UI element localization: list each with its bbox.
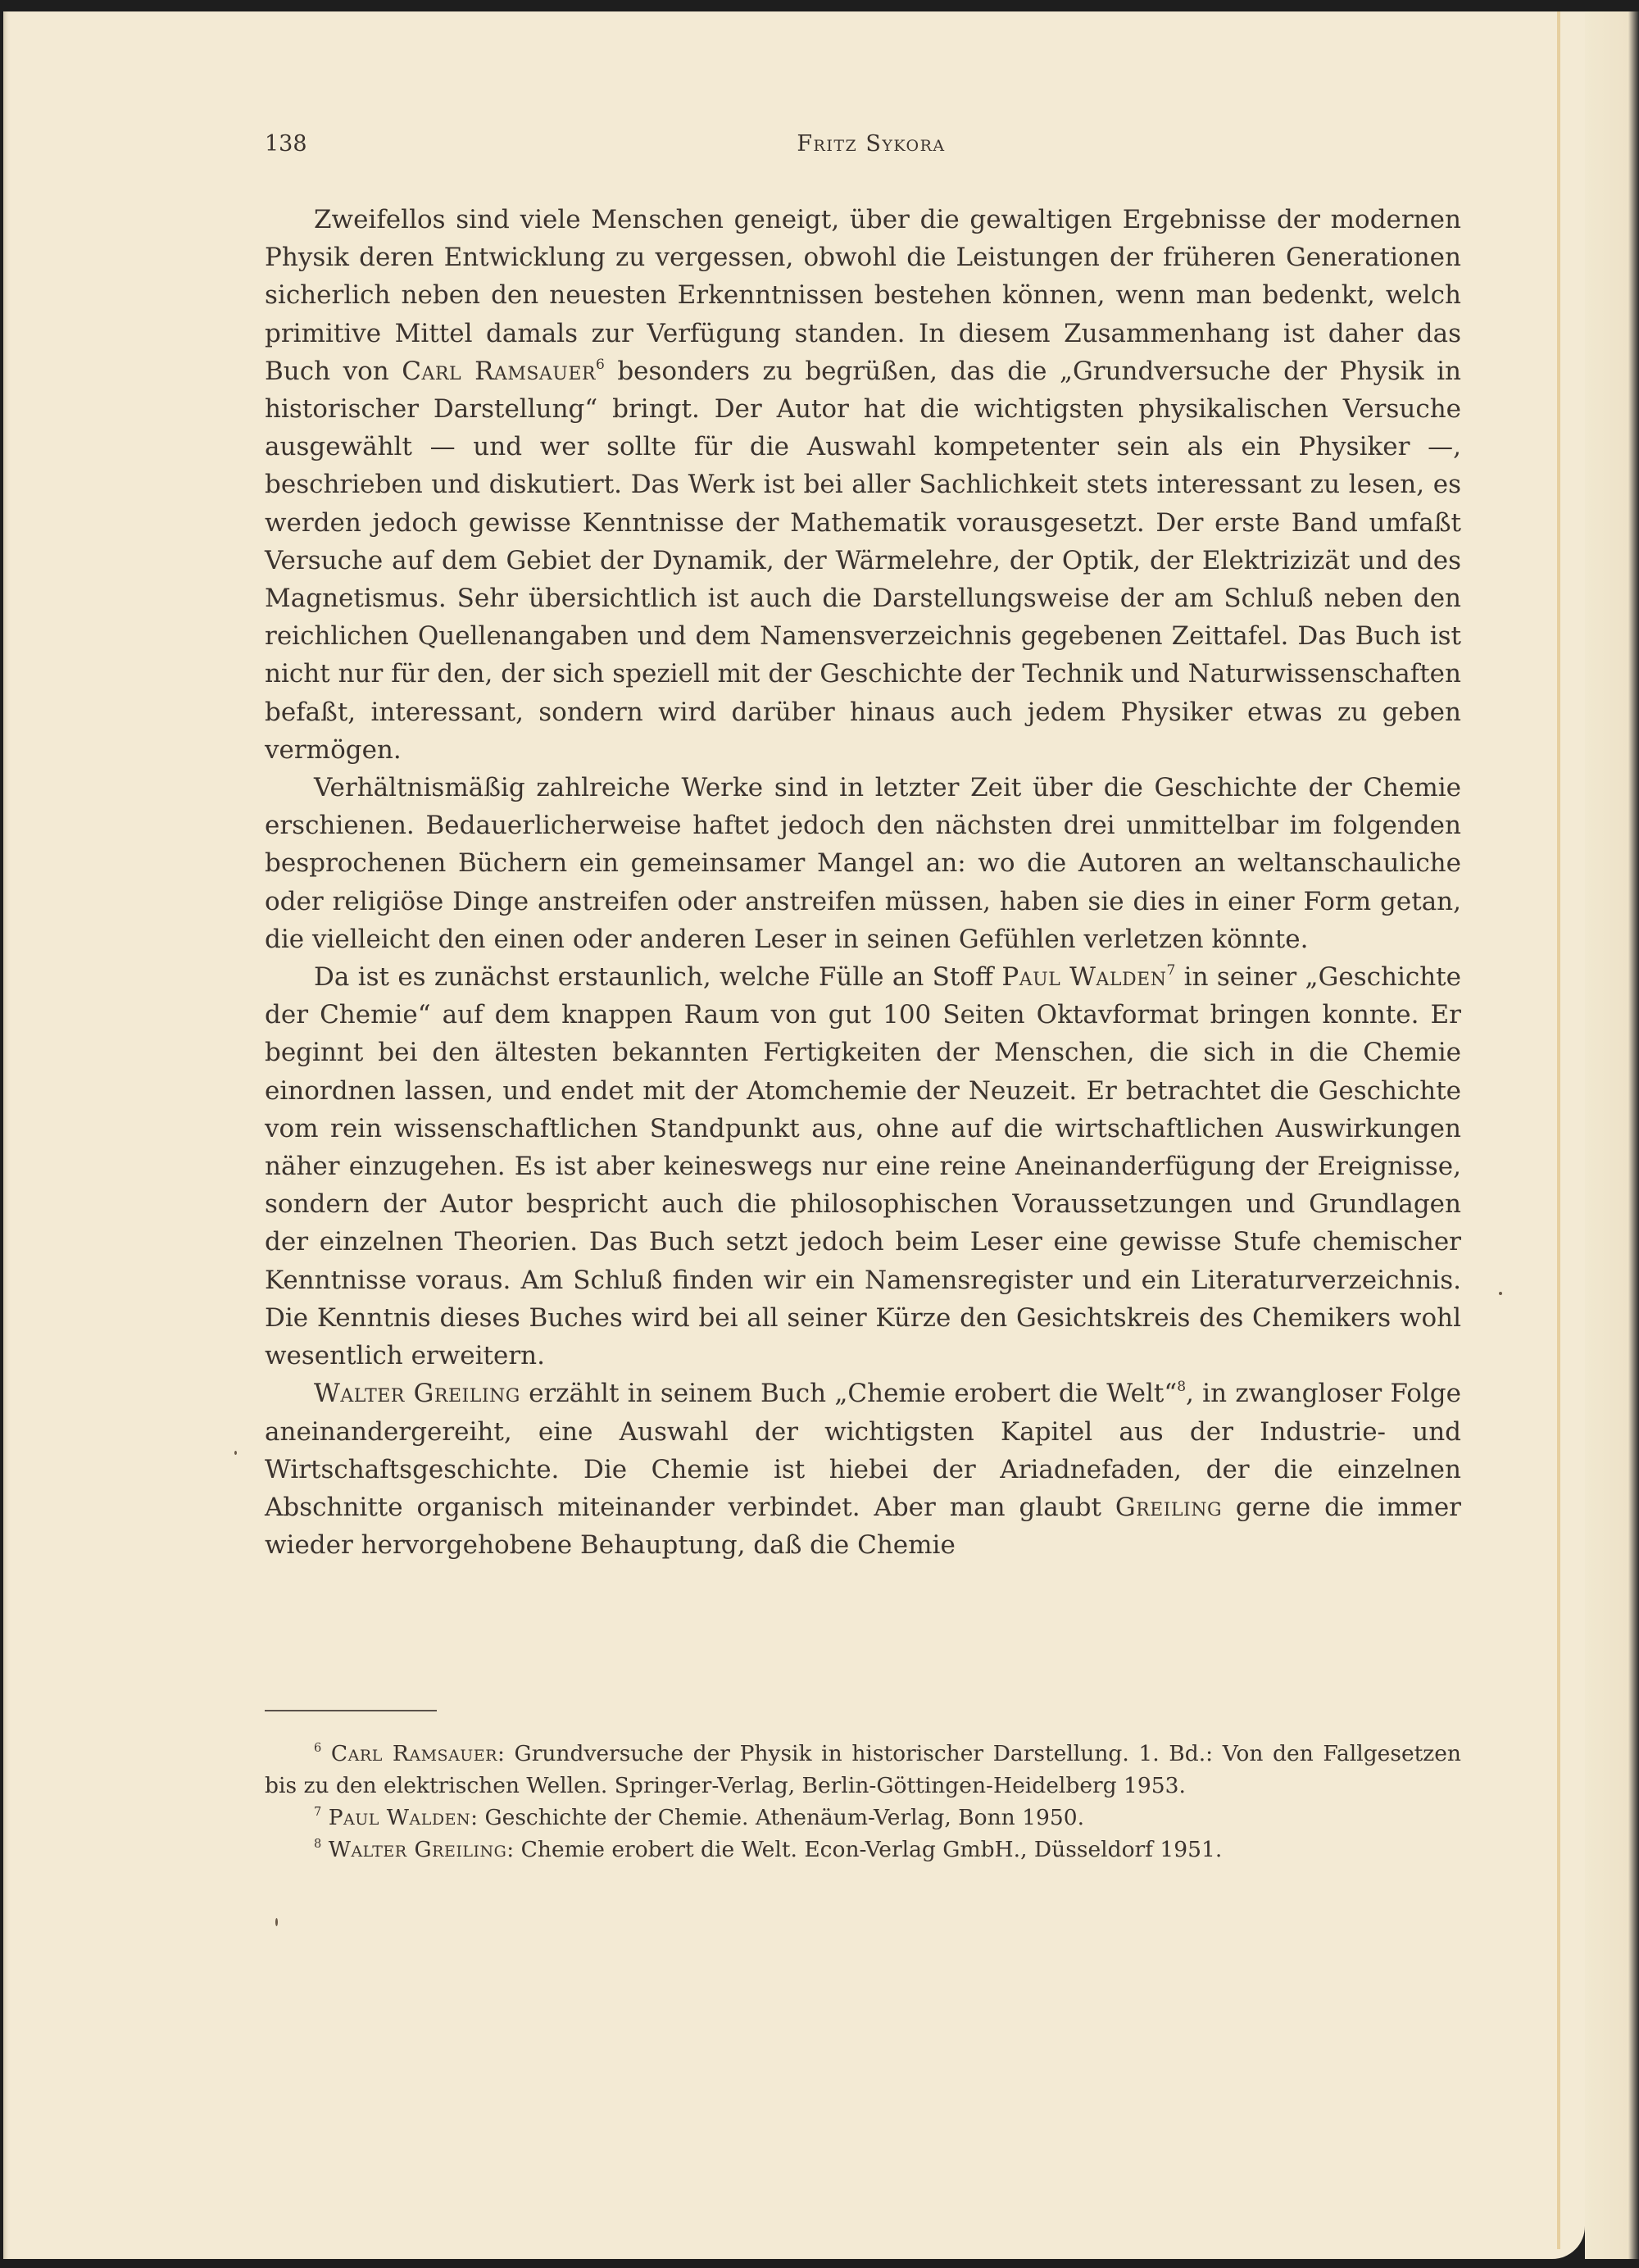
footnote-author: Carl Ramsauer (331, 1741, 497, 1766)
paper-speck (275, 1918, 278, 1926)
footnote: 6 Carl Ramsauer: Grundversuche der Physi… (265, 1738, 1461, 1802)
footnote-reference: 8 (1177, 1379, 1186, 1396)
paragraph: Da ist es zunächst erstaunlich, welche F… (265, 958, 1461, 1375)
paragraph: Walter Greiling erzählt in seinem Buch „… (265, 1375, 1461, 1564)
footnote-divider (265, 1710, 437, 1711)
footnote-reference: 6 (596, 357, 605, 373)
page-gutter-edge (1557, 11, 1560, 2249)
footnote-reference: 7 (1166, 962, 1175, 979)
author-name: Paul Walden (1001, 962, 1166, 992)
footnote-author: Walter Greiling (329, 1837, 507, 1862)
text-run: erzählt in seinem Buch „Chemie erobert d… (520, 1379, 1177, 1408)
text-run: Verhältnismäßig zahlreiche Werke sind in… (265, 773, 1461, 954)
paper-speck (1499, 1292, 1502, 1295)
paper-speck (234, 1451, 237, 1455)
running-head: 138 Fritz Sykora (265, 131, 1461, 164)
footnote-number: 8 (314, 1837, 321, 1851)
footnotes: 6 Carl Ramsauer: Grundversuche der Physi… (265, 1738, 1461, 1866)
body-text: Zweifellos sind viele Menschen geneigt, … (265, 201, 1461, 1564)
footnote-number: 6 (314, 1741, 321, 1755)
paragraph: Verhältnismäßig zahlreiche Werke sind in… (265, 769, 1461, 958)
footnote-number: 7 (314, 1805, 321, 1819)
footnote-author: Paul Walden (329, 1805, 470, 1830)
author-name: Carl Ramsauer (402, 357, 596, 386)
facing-page-edge (1585, 11, 1639, 2259)
footnote: 7 Paul Walden: Geschichte der Chemie. At… (265, 1802, 1461, 1834)
footnote-text: : Geschichte der Chemie. Athenäum-Verlag… (470, 1805, 1084, 1830)
author-name: Greiling (1115, 1493, 1222, 1522)
running-head-author: Fritz Sykora (265, 131, 1461, 157)
footnote: 8 Walter Greiling: Chemie erobert die We… (265, 1834, 1461, 1866)
paragraph: Zweifellos sind viele Menschen geneigt, … (265, 201, 1461, 769)
footnote-text: : Chemie erobert die Welt. Econ-Verlag G… (506, 1837, 1222, 1862)
text-run: Da ist es zunächst erstaunlich, welche F… (314, 962, 1001, 992)
text-run: besonders zu begrüßen, das die „Grundver… (265, 357, 1461, 765)
text-run: in seiner „Geschichte der Chemie“ auf de… (265, 962, 1461, 1370)
author-name: Walter Greiling (314, 1379, 520, 1408)
